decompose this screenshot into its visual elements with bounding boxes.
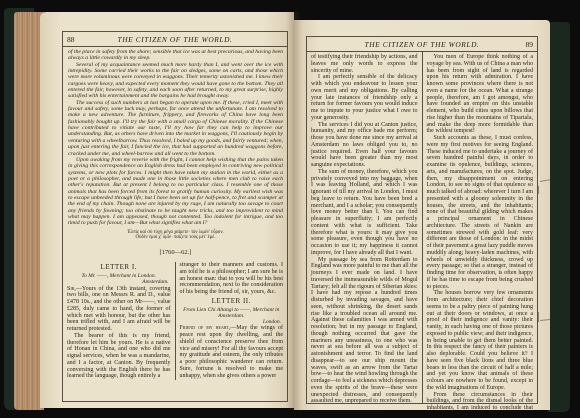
- letter-paragraph: Friend of my heart,—May the wings of pea…: [180, 325, 284, 379]
- pencil-mark: [538, 312, 539, 322]
- letter-heading: LETTER I.: [67, 264, 171, 271]
- column-left: LETTER I. To Mr. ——, Merchant in London.…: [63, 262, 175, 380]
- page-number-right: 89: [513, 40, 533, 49]
- left-page-frame: 88 THE CITIZEN OF THE WORLD. of the plac…: [62, 31, 288, 402]
- paragraph: I am perfectly sensible of the delicacy …: [311, 74, 418, 121]
- pencil-mark: [540, 179, 550, 182]
- running-title-left: THE CITIZEN OF THE WORLD.: [87, 35, 263, 44]
- greek-epigraph: Ἐλπὶς καὶ σὺ τύχη μέγα χαίρετε· τὸν λιμέ…: [68, 230, 283, 241]
- right-page-frame: THE CITIZEN OF THE WORLD. 89 of testifyi…: [306, 36, 538, 404]
- letters-columns: LETTER I. To Mr. ——, Merchant in London.…: [63, 262, 287, 380]
- paragraph: Upon awaking from my reverie with the fr…: [68, 157, 283, 227]
- dateline: [1760—62.]: [68, 250, 283, 256]
- paragraph: The success of such numbers at last bega…: [68, 100, 283, 157]
- letter-paragraph: Sir,—Yours of the 13th instant, covering…: [67, 286, 171, 333]
- book-gutter: [286, 12, 302, 410]
- left-page: 88 THE CITIZEN OF THE WORLD. of the plac…: [40, 12, 294, 408]
- page-number-left: 88: [67, 35, 87, 44]
- paragraph: The services I did you at Canton justice…: [311, 122, 418, 169]
- book-cover-right: [548, 22, 570, 412]
- preface-text: of the place in safety from the shore; s…: [63, 47, 287, 256]
- right-columns: of testifying their friendship by action…: [307, 52, 537, 403]
- right-page: THE CITIZEN OF THE WORLD. 89 of testifyi…: [294, 20, 550, 410]
- running-head-left: 88 THE CITIZEN OF THE WORLD.: [63, 32, 287, 47]
- paragraph: The houses borrow very few ornaments fro…: [427, 290, 534, 391]
- letter-addressee: From Lien Chi Altangi to ——, Merchant in…: [180, 307, 284, 319]
- letter-paragraph: The bearer of this is my friend, therefo…: [67, 333, 171, 380]
- pencil-mark: [540, 319, 550, 321]
- pencil-mark: [538, 186, 539, 194]
- running-title-right: THE CITIZEN OF THE WORLD.: [331, 40, 513, 49]
- paragraph: You men of Europe think nothing of a voy…: [427, 54, 534, 135]
- column-right: stranger to their manners and customs. I…: [175, 262, 288, 380]
- column-right: You men of Europe think nothing of a voy…: [422, 52, 538, 403]
- letter-place: Amsterdam.: [67, 279, 171, 286]
- letter-heading: LETTER II.: [180, 298, 284, 305]
- paragraph: Such accounts as these, I must confess, …: [427, 135, 534, 290]
- running-head-right: THE CITIZEN OF THE WORLD. 89: [307, 37, 537, 52]
- paragraph: My passage by sea from Rotterdam to Engl…: [311, 257, 418, 406]
- paragraph: of testifying their friendship by action…: [311, 54, 418, 74]
- column-left: of testifying their friendship by action…: [307, 52, 422, 403]
- paragraph: of the place in safety from the shore; s…: [68, 49, 283, 62]
- paragraph: From these circumstances in their buildi…: [427, 392, 534, 411]
- paragraph: The sum of money, therefore, which you p…: [311, 169, 418, 257]
- letter-paragraph: stranger to their manners and customs. I…: [180, 262, 284, 296]
- paragraph: Several of my acquaintance seemed much m…: [68, 62, 283, 100]
